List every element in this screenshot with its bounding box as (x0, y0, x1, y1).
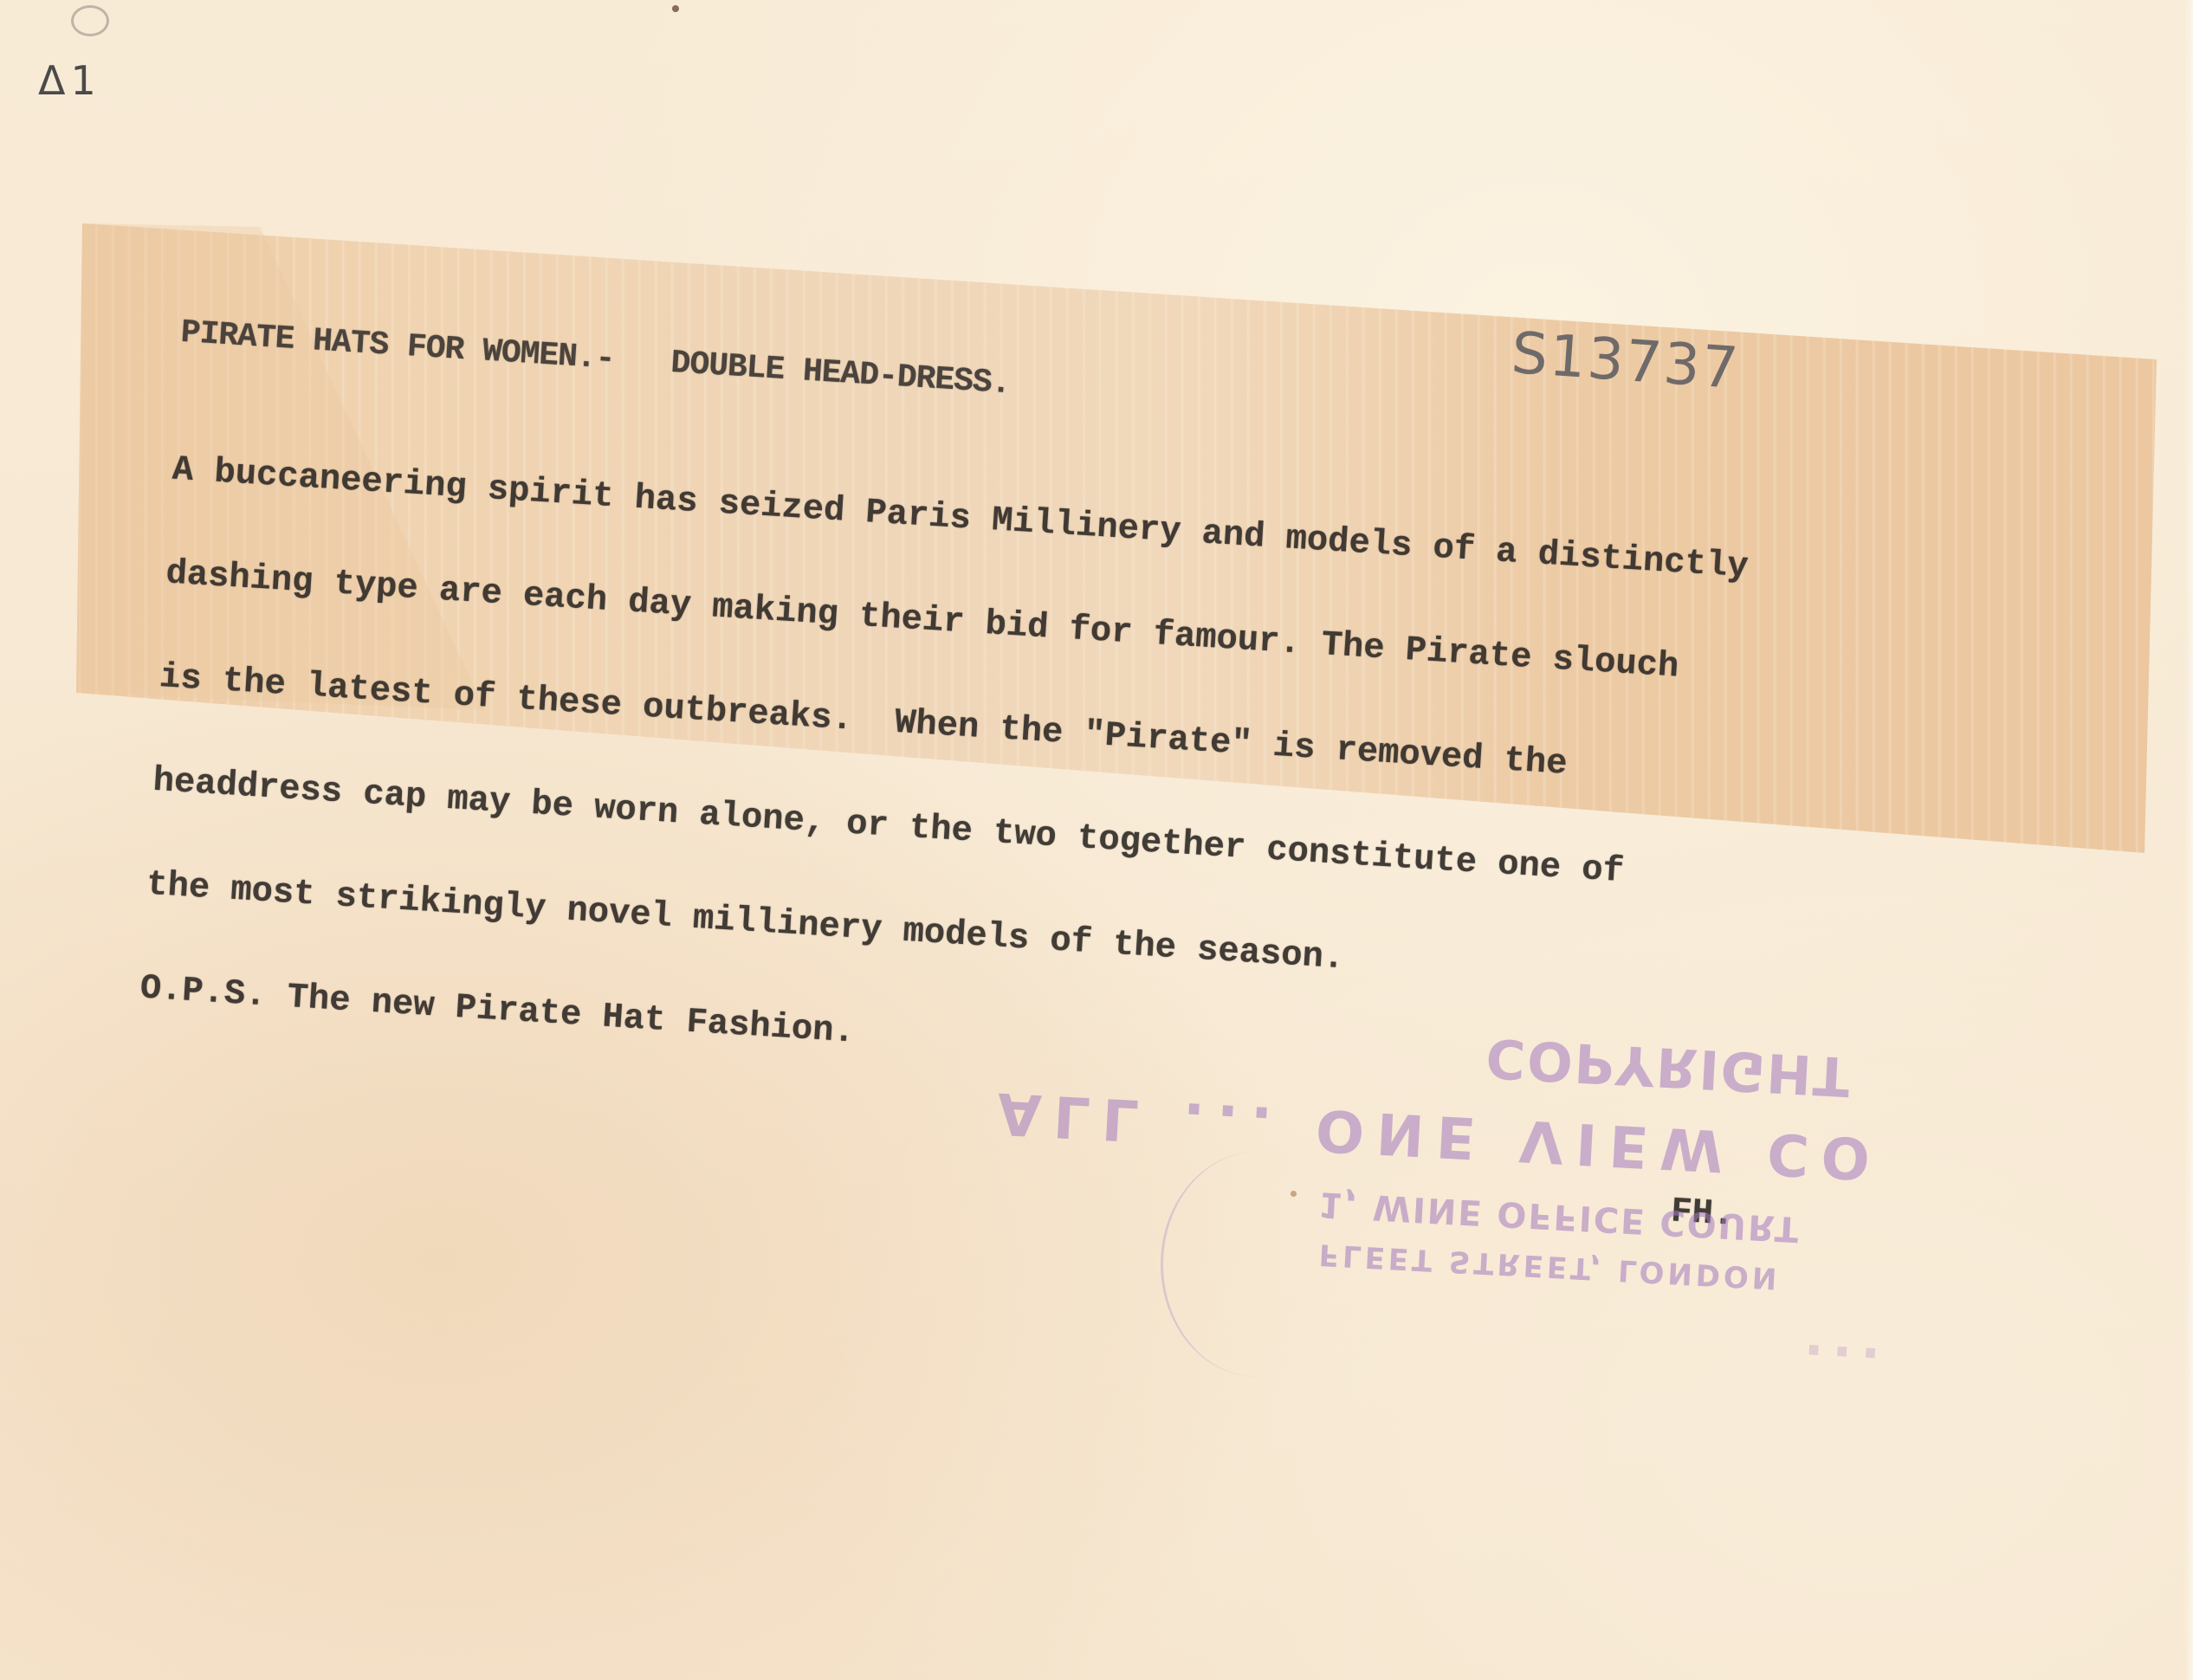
paper-edge (2184, 0, 2193, 1680)
stamp-line: ... (1802, 1332, 1890, 1397)
paper-spot (672, 5, 679, 12)
pencil-circle-mark (71, 5, 109, 36)
stamp-line: COPYRIGHT (1485, 1026, 1853, 1108)
stamp-line: FLEET STREET, LONDON (1318, 1237, 1782, 1296)
stamp-line: 1, WINE OFFICE COURT (1317, 1184, 1802, 1249)
pencil-note: Δ1 (38, 57, 101, 104)
copyright-stamp: COPYRIGHT ALL ... ONE VIEW CO 1, WINE OF… (1126, 1005, 1905, 1386)
